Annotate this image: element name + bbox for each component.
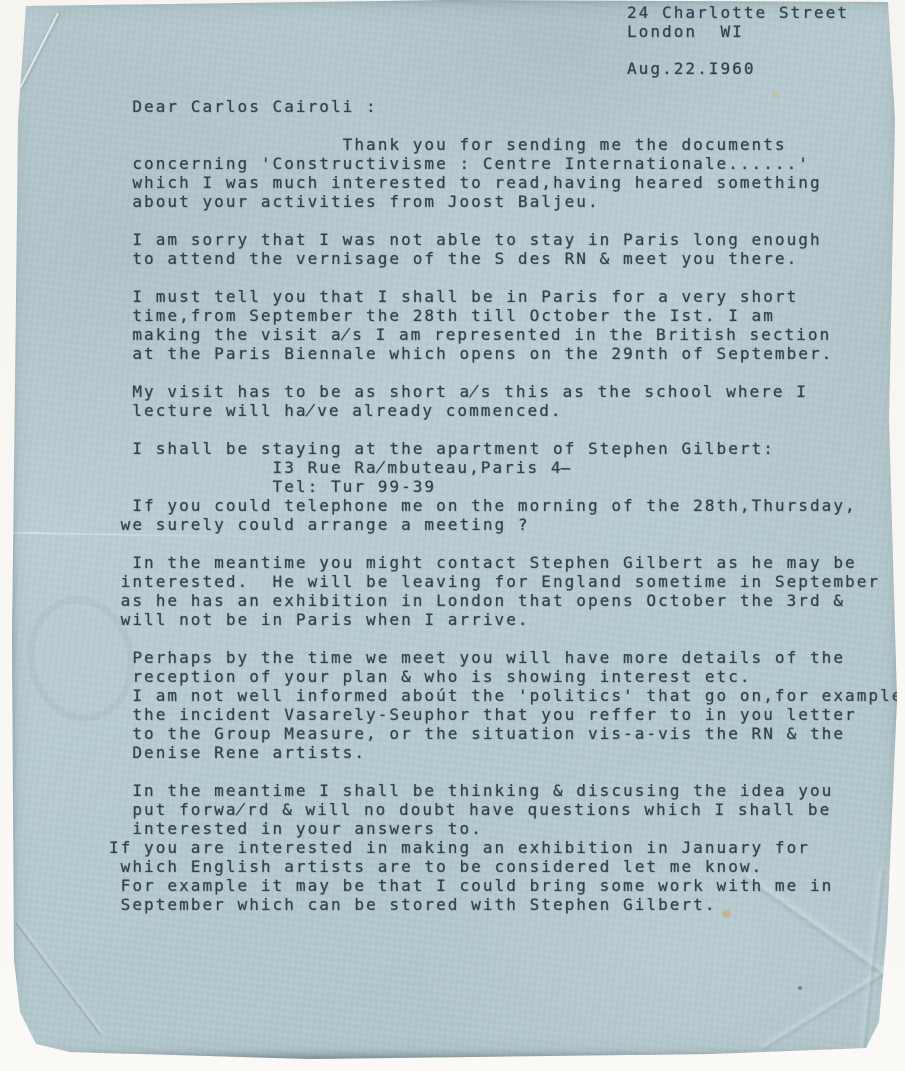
letter-date: Aug.22.I960 bbox=[627, 59, 756, 78]
paragraph-thanks: Thank you for sending me the documents c… bbox=[109, 135, 903, 211]
paragraph-politics: Perhaps by the time we meet you will hav… bbox=[109, 648, 903, 762]
sender-address: 24 Charlotte Street London WI bbox=[627, 3, 849, 41]
paragraph-contact-gilbert: In the meantime you might contact Stephe… bbox=[109, 553, 903, 629]
paragraph-sorry: I am sorry that I was not able to stay i… bbox=[109, 230, 903, 268]
paper-speck bbox=[798, 986, 802, 990]
wrinkle-bottom-right-2 bbox=[759, 958, 901, 1053]
fold-crease-topleft bbox=[19, 13, 59, 89]
fold-shade-topleft bbox=[10, 0, 80, 100]
paragraph-gilbert-apartment: I shall be staying at the apartment of S… bbox=[109, 439, 903, 534]
paragraph-short-visit: My visit has to be as short a̸s this as … bbox=[109, 382, 903, 420]
paragraph-closing: In the meantime I shall be thinking & di… bbox=[109, 781, 903, 914]
letter-body: Dear Carlos Cairoli : Thank you for send… bbox=[109, 97, 903, 914]
paragraph-paris-visit: I must tell you that I shall be in Paris… bbox=[109, 287, 903, 363]
salutation: Dear Carlos Cairoli : bbox=[109, 97, 903, 116]
crease-bottom-left bbox=[15, 922, 101, 1035]
scan-background: 24 Charlotte Street London WI Aug.22.I96… bbox=[0, 0, 905, 1071]
letter-paper: 24 Charlotte Street London WI Aug.22.I96… bbox=[10, 0, 899, 1059]
